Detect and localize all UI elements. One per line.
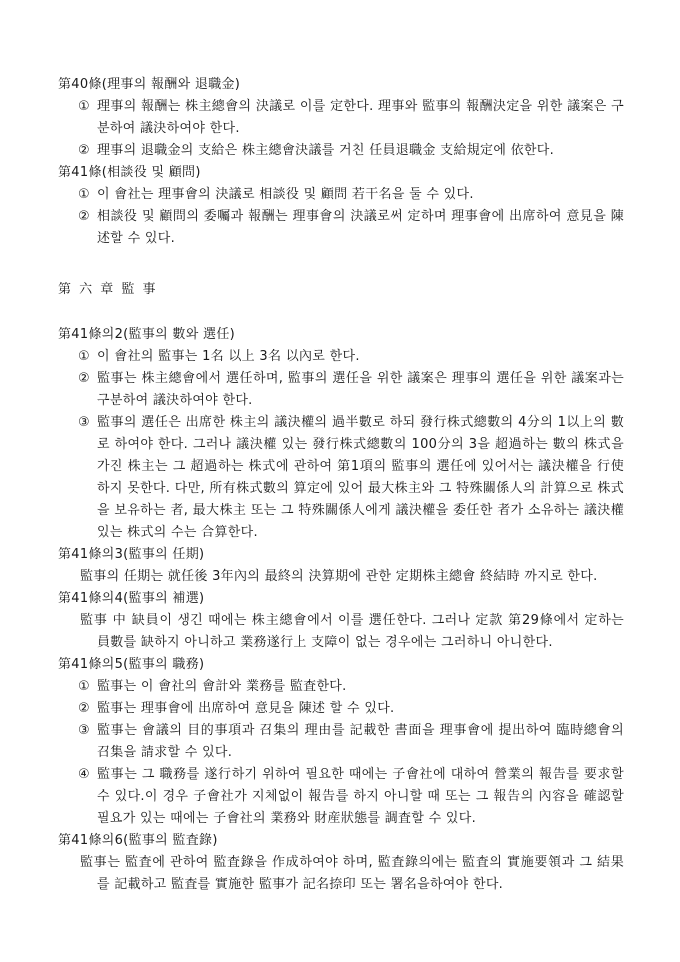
- item-text: 監事는 會議의 目的事項과 召集의 理由를 記載한 書面을 理事會에 提出하여 …: [97, 723, 624, 760]
- article: 第41條의2(監事의 數와 選任) ① 이 會社의 監事는 1名 以上 3名 以…: [58, 324, 624, 544]
- article-items: ① 이 會社의 監事는 1名 以上 3名 以內로 한다. ② 監事는 株主總會에…: [58, 346, 624, 544]
- item-marker: ②: [78, 140, 90, 162]
- article: 第41條의4(監事의 補選) 監事 中 缺員이 생긴 때에는 株主總會에서 이를…: [58, 588, 624, 654]
- document-page: 第40條(理事의 報酬와 退職金) ① 理事의 報酬는 株主總會의 決議로 이를…: [0, 0, 680, 962]
- chapter-heading: 第 六 章 監 事: [58, 279, 624, 301]
- article-item: ① 理事의 報酬는 株主總會의 決議로 이를 定한다. 理事와 監事의 報酬決定…: [58, 96, 624, 140]
- item-marker: ①: [78, 676, 90, 698]
- item-marker: ①: [78, 346, 90, 368]
- article-item: ② 監事는 理事會에 出席하여 意見을 陳述 할 수 있다.: [58, 698, 624, 720]
- article-items: ① 이 會社는 理事會의 決議로 相談役 및 顧問 若干名을 둘 수 있다. ②…: [58, 184, 624, 250]
- article: 第41條의5(監事의 職務) ① 監事는 이 會社의 會計와 業務를 監査한다.…: [58, 654, 624, 830]
- item-marker: ②: [78, 698, 90, 720]
- article-items: 監事는 監査에 관하여 監査錄을 作成하여야 하며, 監査錄의에는 監査의 實施…: [58, 852, 624, 896]
- item-text: 理事의 退職金의 支給은 株主總會決議를 거친 任員退職金 支給規定에 依한다.: [97, 143, 554, 158]
- article-item: ③ 監事는 會議의 目的事項과 召集의 理由를 記載한 書面을 理事會에 提出하…: [58, 720, 624, 764]
- article-item: ① 이 會社의 監事는 1名 以上 3名 以內로 한다.: [58, 346, 624, 368]
- item-text: 監事는 이 會社의 會計와 業務를 監査한다.: [97, 679, 347, 694]
- item-marker: ③: [78, 720, 90, 742]
- item-text: 監事의 選任은 出席한 株主의 議決權의 過半數로 하되 發行株式總數의 4分의…: [97, 415, 624, 540]
- article: 第41條(相談役 및 顧問) ① 이 會社는 理事會의 決議로 相談役 및 顧問…: [58, 162, 624, 250]
- item-marker: ④: [78, 764, 90, 786]
- article-items: ① 理事의 報酬는 株主總會의 決議로 이를 定한다. 理事와 監事의 報酬決定…: [58, 96, 624, 162]
- article-items: 監事 中 缺員이 생긴 때에는 株主總會에서 이를 選任한다. 그러나 定款 第…: [58, 610, 624, 654]
- document-body: 第40條(理事의 報酬와 退職金) ① 理事의 報酬는 株主總會의 決議로 이를…: [58, 74, 624, 896]
- article-heading: 第41條의5(監事의 職務): [58, 654, 624, 676]
- article-item: ② 監事는 株主總會에서 選任하며, 監事의 選任을 위한 議案은 理事의 選任…: [58, 368, 624, 412]
- article-item: ② 相談役 및 顧問의 委囑과 報酬는 理事會의 決議로써 定하며 理事會에 出…: [58, 206, 624, 250]
- article-heading: 第40條(理事의 報酬와 退職金): [58, 74, 624, 96]
- article-heading: 第41條(相談役 및 顧問): [58, 162, 624, 184]
- item-marker: ②: [78, 206, 90, 228]
- article-items: ① 監事는 이 會社의 會計와 業務를 監査한다. ② 監事는 理事會에 出席하…: [58, 676, 624, 830]
- item-text: 理事의 報酬는 株主總會의 決議로 이를 定한다. 理事와 監事의 報酬決定을 …: [97, 99, 624, 136]
- article-heading: 第41條의6(監事의 監査錄): [58, 830, 624, 852]
- article-item: 監事는 監査에 관하여 監査錄을 作成하여야 하며, 監査錄의에는 監査의 實施…: [58, 852, 624, 896]
- article-item: 監事의 任期는 就任後 3年內의 最終의 決算期에 관한 定期株主總會 終結時 …: [58, 566, 624, 588]
- article-item: ② 理事의 退職金의 支給은 株主總會決議를 거친 任員退職金 支給規定에 依한…: [58, 140, 624, 162]
- item-marker: ①: [78, 184, 90, 206]
- item-text: 監事는 監査에 관하여 監査錄을 作成하여야 하며, 監査錄의에는 監査의 實施…: [80, 855, 624, 892]
- item-text: 監事는 그 職務를 遂行하기 위하여 필요한 때에는 子會社에 대하여 營業의 …: [97, 767, 624, 826]
- article-item: ④ 監事는 그 職務를 遂行하기 위하여 필요한 때에는 子會社에 대하여 營業…: [58, 764, 624, 830]
- article-items: 監事의 任期는 就任後 3年內의 最終의 決算期에 관한 定期株主總會 終結時 …: [58, 566, 624, 588]
- article-heading: 第41條의3(監事의 任期): [58, 544, 624, 566]
- article-heading: 第41條의4(監事의 補選): [58, 588, 624, 610]
- item-text: 監事의 任期는 就任後 3年內의 最終의 決算期에 관한 定期株主總會 終結時 …: [80, 569, 598, 584]
- item-text: 監事는 理事會에 出席하여 意見을 陳述 할 수 있다.: [97, 701, 394, 716]
- article: 第41條의3(監事의 任期) 監事의 任期는 就任後 3年內의 最終의 決算期에…: [58, 544, 624, 588]
- item-text: 監事는 株主總會에서 選任하며, 監事의 選任을 위한 議案은 理事의 選任을 …: [97, 371, 624, 408]
- article-item: ③ 監事의 選任은 出席한 株主의 議決權의 過半數로 하되 發行株式總數의 4…: [58, 412, 624, 544]
- item-marker: ②: [78, 368, 90, 390]
- item-text: 相談役 및 顧問의 委囑과 報酬는 理事會의 決議로써 定하며 理事會에 出席하…: [97, 209, 624, 246]
- article-heading: 第41條의2(監事의 數와 選任): [58, 324, 624, 346]
- item-text: 이 會社의 監事는 1名 以上 3名 以內로 한다.: [97, 349, 360, 364]
- item-marker: ③: [78, 412, 90, 434]
- article-item: 監事 中 缺員이 생긴 때에는 株主總會에서 이를 選任한다. 그러나 定款 第…: [58, 610, 624, 654]
- article: 第41條의6(監事의 監査錄) 監事는 監査에 관하여 監査錄을 作成하여야 하…: [58, 830, 624, 896]
- article-item: ① 이 會社는 理事會의 決議로 相談役 및 顧問 若干名을 둘 수 있다.: [58, 184, 624, 206]
- article-item: ① 監事는 이 會社의 會計와 業務를 監査한다.: [58, 676, 624, 698]
- item-text: 監事 中 缺員이 생긴 때에는 株主總會에서 이를 選任한다. 그러나 定款 第…: [80, 613, 624, 650]
- item-text: 이 會社는 理事會의 決議로 相談役 및 顧問 若干名을 둘 수 있다.: [97, 187, 474, 202]
- article: 第40條(理事의 報酬와 退職金) ① 理事의 報酬는 株主總會의 決議로 이를…: [58, 74, 624, 162]
- item-marker: ①: [78, 96, 90, 118]
